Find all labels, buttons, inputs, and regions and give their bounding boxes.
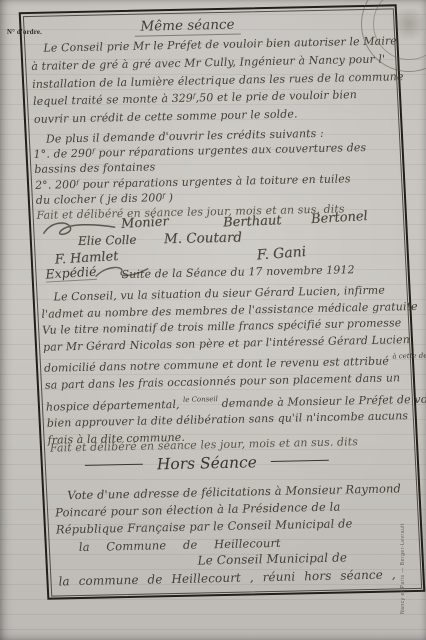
signature: Bertonel: [310, 209, 368, 227]
signature: Elie Colle: [78, 233, 137, 248]
closing-line: Le Conseil Municipal de: [197, 550, 347, 567]
paragraph-assistance-medicale: Le Conseil, vu la situation du sieur Gér…: [40, 282, 414, 449]
interline-insertion: le Conseil: [183, 395, 218, 404]
paragraph-credits: De plus il demande d'ouvrir les crédits …: [33, 124, 401, 223]
heading-rule-right: [271, 460, 329, 462]
signature: M. Coutard: [163, 230, 242, 248]
signature: Monier: [121, 214, 170, 232]
paragraph-poincare-felicitations: Vote d'une adresse de félicitations à Mo…: [54, 480, 419, 556]
closing-line: la commune de Heillecourt , réuni hors s…: [58, 567, 396, 588]
signature: F. Gani: [256, 244, 307, 264]
interline-insertion: à cette dernière: [392, 352, 426, 361]
paragraph-electric-lighting: Le Conseil prie Mr le Préfet de vouloir …: [30, 32, 396, 128]
printer-imprint: Nancy et Paris — Berger-Levrault: [400, 468, 412, 614]
margin-note-expedie: Expédié: [45, 264, 97, 283]
page-border-frame: Même séance Le Conseil prie Mr le Préfet…: [19, 4, 426, 599]
signature: Berthaut: [223, 213, 282, 230]
heading-rule-left: [85, 464, 143, 466]
manuscript-page-photo: N° d'ordre. Même séance Le Conseil prie …: [0, 0, 426, 640]
section-heading-hors-seance: Hors Séance: [42, 451, 371, 476]
